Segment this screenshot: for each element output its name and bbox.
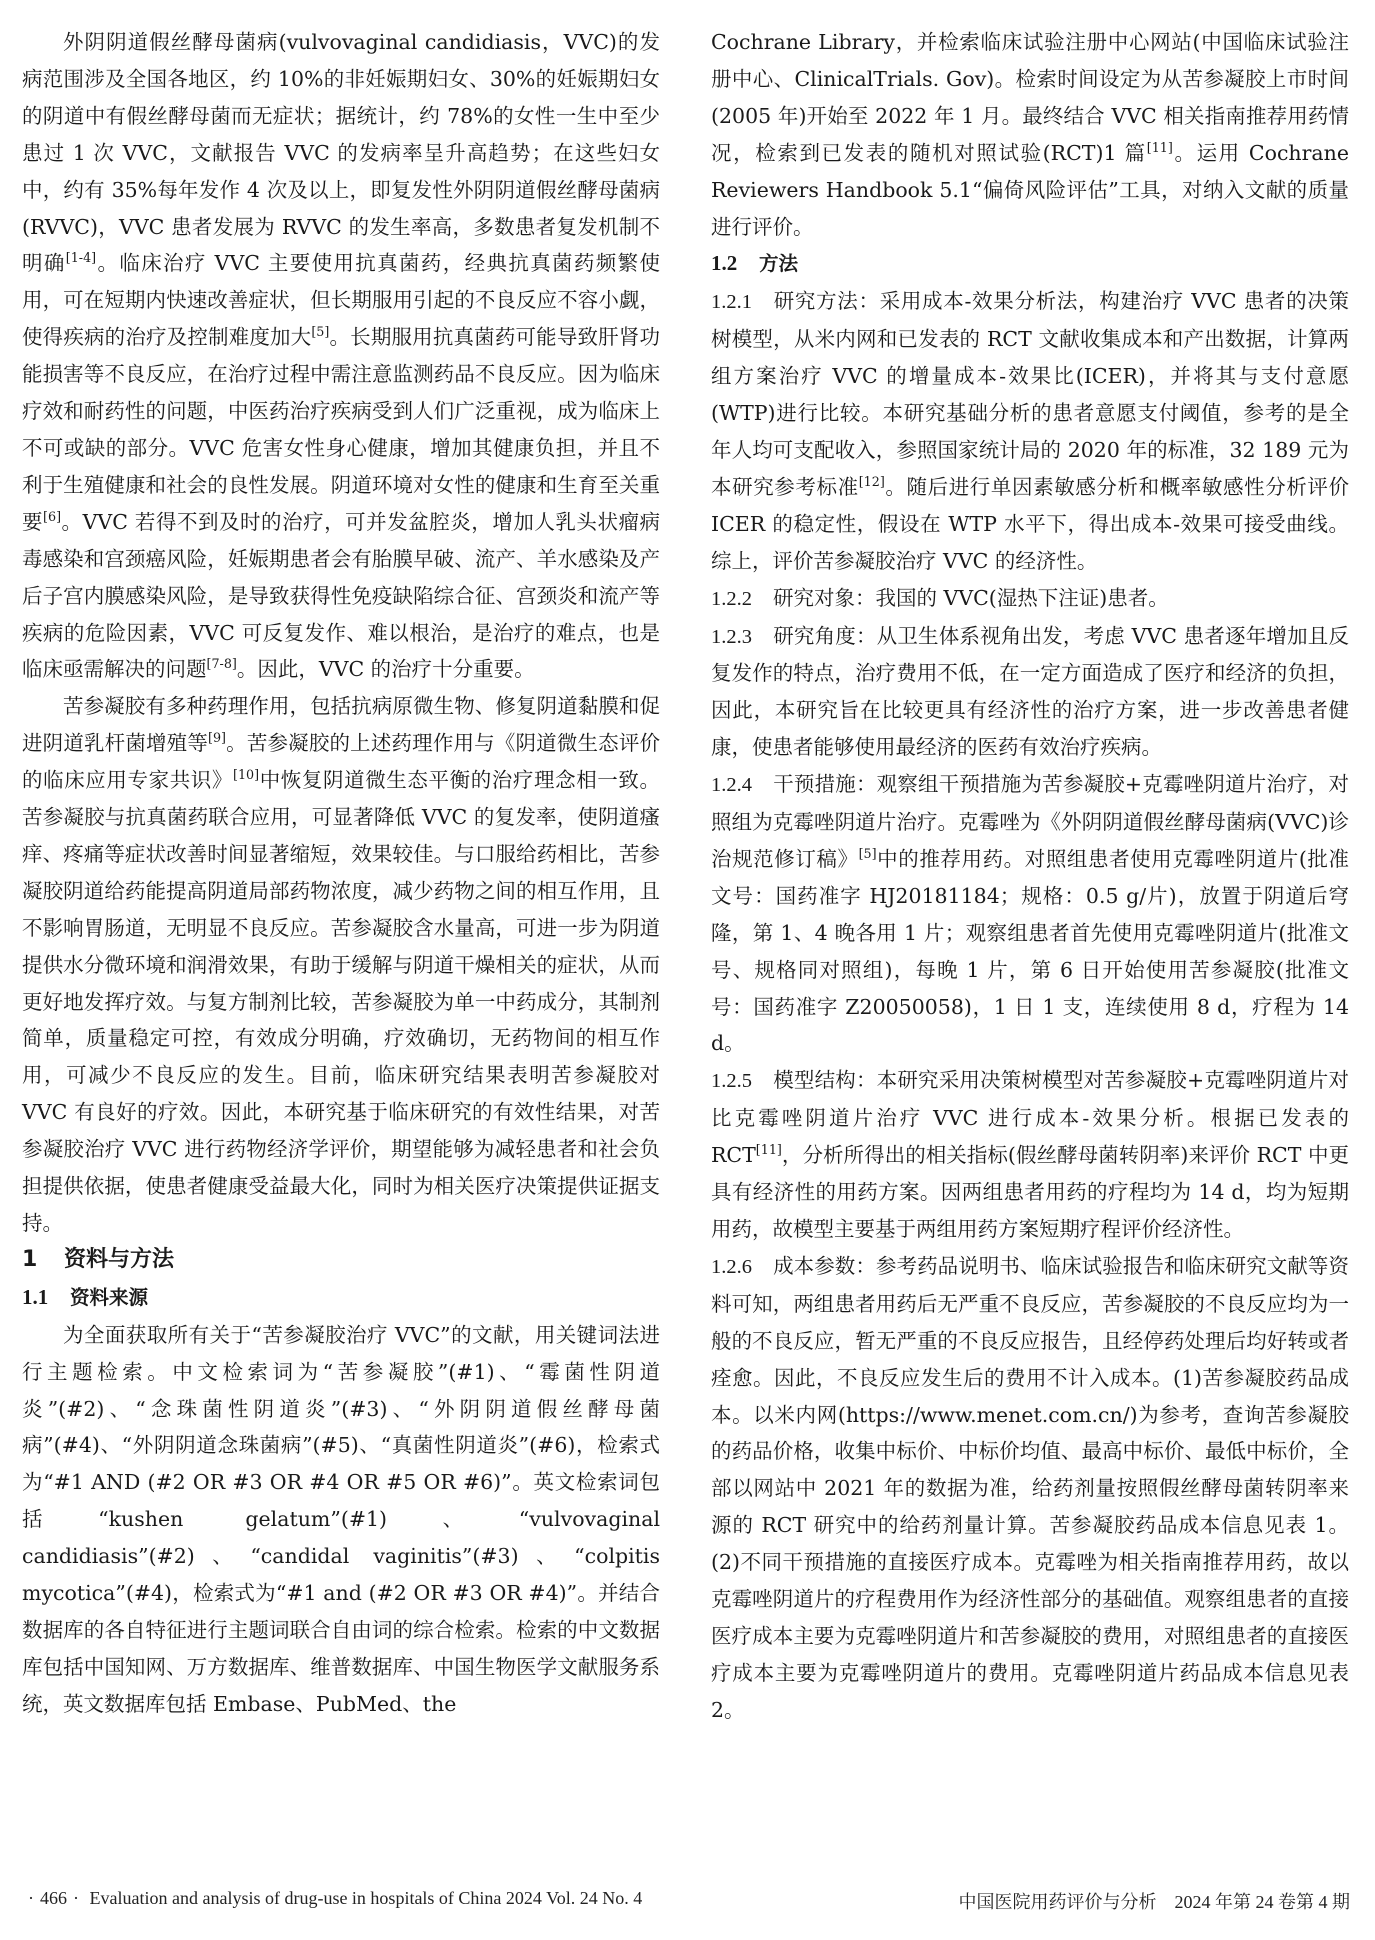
section-heading-1: 1资料与方法 bbox=[22, 1242, 660, 1279]
footer-right: 中国医院用药评价与分析2024 年第 24 卷第 4 期 bbox=[959, 1888, 1351, 1914]
subsection-1-2-5: 1.2.5模型结构：本研究采用决策树模型对苦参凝胶+克霉唑阴道片对比克霉唑阴道片… bbox=[711, 1062, 1349, 1248]
citation[interactable]: [6] bbox=[43, 509, 61, 524]
citation[interactable]: [11] bbox=[756, 1142, 782, 1157]
sources-paragraph-continued: Cochrane Library，并检索临床试验注册中心网站(中国临床试验注册中… bbox=[711, 24, 1349, 245]
subsection-number: 1.2.5 bbox=[711, 1063, 773, 1100]
page-footer: ·466· Evaluation and analysis of drug-us… bbox=[22, 1888, 1350, 1914]
body-text: ，分析所得出的相关指标(假丝酵母菌转阴率)来评价 RCT 中更具有经济性的用药方… bbox=[711, 1143, 1349, 1241]
subsection-number: 1.2.4 bbox=[711, 767, 773, 804]
citation[interactable]: [5] bbox=[859, 846, 877, 861]
body-text: 中的推荐用药。对照组患者使用克霉唑阴道片(批准文号：国药准字 HJ2018118… bbox=[711, 847, 1349, 1056]
body-text: 研究角度：从卫生体系视角出发，考虑 VVC 患者逐年增加且反复发作的特点，治疗费… bbox=[711, 624, 1349, 760]
issue-info: 2024 年第 24 卷第 4 期 bbox=[1175, 1892, 1351, 1912]
citation[interactable]: [10] bbox=[233, 767, 259, 782]
citation[interactable]: [9] bbox=[208, 730, 226, 745]
section-title: 资料来源 bbox=[70, 1286, 148, 1309]
section-title: 资料与方法 bbox=[64, 1247, 174, 1272]
body-text: 成本参数：参考药品说明书、临床试验报告和临床研究文献等资料可知，两组患者用药后无… bbox=[711, 1254, 1349, 1722]
left-column: 外阴阴道假丝酵母菌病(vulvovaginal candidiasis，VVC)… bbox=[22, 24, 660, 1723]
section-number: 1.1 bbox=[22, 1279, 70, 1316]
subsection-1-2-4: 1.2.4干预措施：观察组干预措施为苦参凝胶+克霉唑阴道片治疗，对照组为克霉唑阴… bbox=[711, 766, 1349, 1062]
sources-paragraph: 为全面获取所有关于“苦参凝胶治疗 VVC”的文献，用关键词法进行主题检索。中文检… bbox=[22, 1317, 660, 1723]
body-text: 。长期服用抗真菌药可能导致肝肾功能损害等不良反应，在治疗过程中需注意监测药品不良… bbox=[22, 325, 660, 534]
section-title: 方法 bbox=[759, 252, 798, 275]
intro-paragraph-2: 苦参凝胶有多种药理作用，包括抗病原微生物、修复阴道黏膜和促进阴道乳杆菌增殖等[9… bbox=[22, 688, 660, 1242]
bullet-dot: · bbox=[22, 1888, 40, 1908]
subsection-1-2-6: 1.2.6成本参数：参考药品说明书、临床试验报告和临床研究文献等资料可知，两组患… bbox=[711, 1248, 1349, 1729]
bullet-dot: · bbox=[67, 1888, 85, 1908]
citation[interactable]: [7-8] bbox=[207, 657, 237, 672]
body-text: 中恢复阴道微生态平衡的治疗理念相一致。苦参凝胶与抗真菌药联合应用，可显著降低 V… bbox=[22, 768, 660, 1235]
body-text: 。因此，VVC 的治疗十分重要。 bbox=[237, 657, 535, 681]
body-text: 。VVC 若得不到及时的治疗，可并发盆腔炎，增加人乳头状瘤病毒感染和宫颈癌风险，… bbox=[22, 510, 660, 682]
subsection-1-2-1: 1.2.1研究方法：采用成本-效果分析法，构建治疗 VVC 患者的决策树模型，从… bbox=[711, 283, 1349, 579]
citation[interactable]: [1-4] bbox=[66, 251, 96, 266]
body-text: 研究方法：采用成本-效果分析法，构建治疗 VVC 患者的决策树模型，从米内网和已… bbox=[711, 289, 1349, 499]
section-number: 1.2 bbox=[711, 245, 759, 282]
footer-left: ·466· Evaluation and analysis of drug-us… bbox=[22, 1888, 642, 1914]
citation[interactable]: [11] bbox=[1147, 140, 1173, 155]
citation[interactable]: [5] bbox=[311, 324, 329, 339]
journal-name-cn: 中国医院用药评价与分析 bbox=[959, 1892, 1157, 1912]
section-heading-1-2: 1.2方法 bbox=[711, 245, 1349, 283]
right-column: Cochrane Library，并检索临床试验注册中心网站(中国临床试验注册中… bbox=[711, 24, 1349, 1729]
subsection-number: 1.2.2 bbox=[711, 581, 773, 618]
section-number: 1 bbox=[22, 1242, 64, 1279]
subsection-number: 1.2.1 bbox=[711, 284, 773, 321]
intro-paragraph-1: 外阴阴道假丝酵母菌病(vulvovaginal candidiasis，VVC)… bbox=[22, 24, 660, 688]
body-text: 外阴阴道假丝酵母菌病(vulvovaginal candidiasis，VVC)… bbox=[22, 30, 660, 275]
subsection-1-2-3: 1.2.3研究角度：从卫生体系视角出发，考虑 VVC 患者逐年增加且反复发作的特… bbox=[711, 618, 1349, 767]
subsection-1-2-2: 1.2.2研究对象：我国的 VVC(湿热下注证)患者。 bbox=[711, 580, 1349, 618]
journal-name-en: Evaluation and analysis of drug-use in h… bbox=[90, 1888, 643, 1908]
citation[interactable]: [12] bbox=[859, 474, 885, 489]
subsection-number: 1.2.6 bbox=[711, 1249, 773, 1286]
subsection-number: 1.2.3 bbox=[711, 619, 773, 656]
section-heading-1-1: 1.1资料来源 bbox=[22, 1279, 660, 1317]
body-text: 研究对象：我国的 VVC(湿热下注证)患者。 bbox=[773, 586, 1169, 610]
page-number: 466 bbox=[40, 1888, 67, 1908]
